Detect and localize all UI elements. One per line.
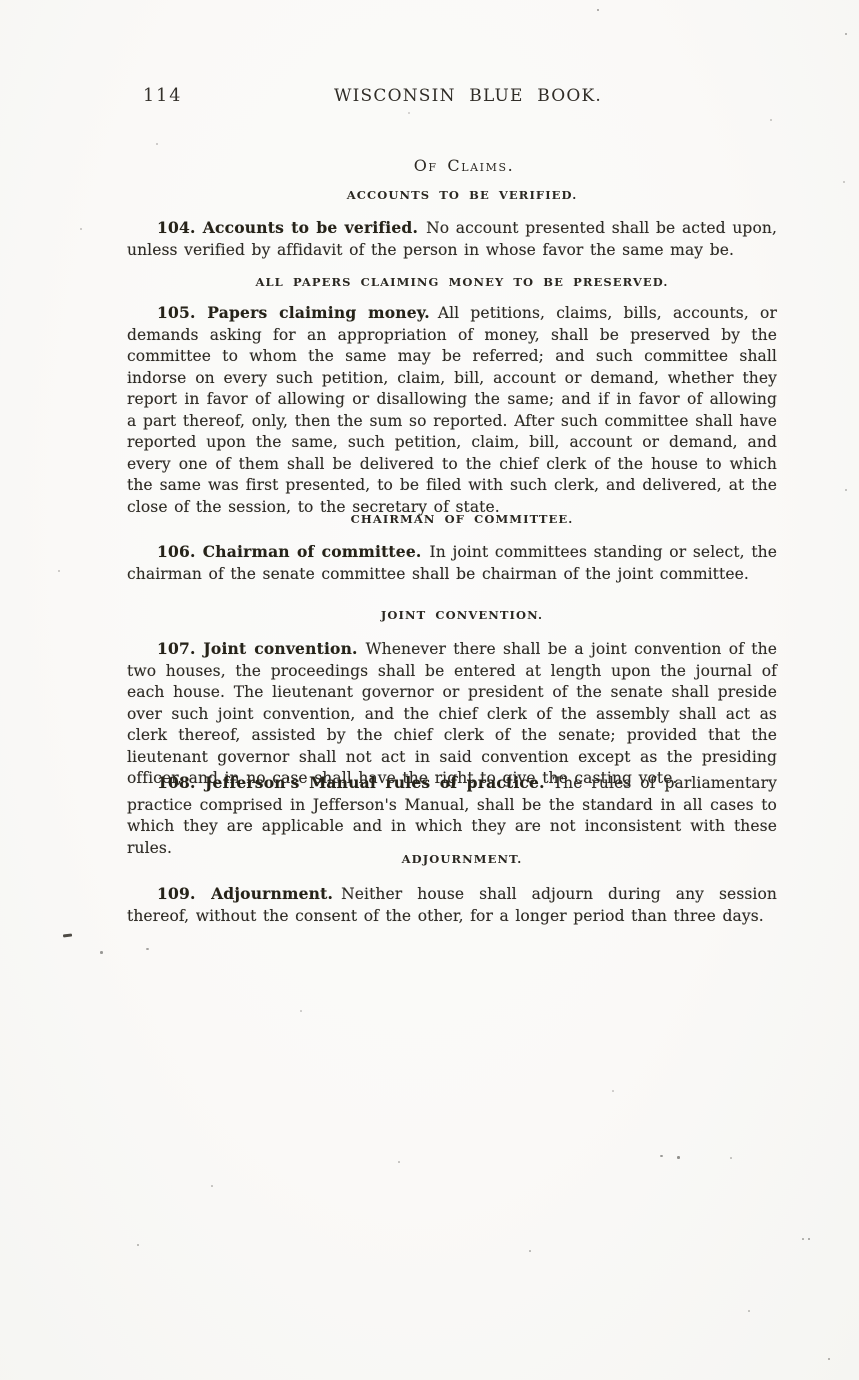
section-heading-chairman: CHAIRMAN OF COMMITTEE. [137,512,787,526]
margin-dash-mark [63,933,72,937]
scan-speck [156,143,158,145]
statute-lead: 109. Adjournment. [157,884,333,903]
scan-speck [80,228,82,230]
scan-speck [677,1156,680,1159]
statute-lead: 106. Chairman of committee. [157,542,422,561]
text-column: 114 WISCONSIN BLUE BOOK. Of Claims. ACCO… [127,0,777,1380]
chapter-heading: Of Claims. [139,156,789,175]
scan-speck [802,1238,804,1240]
running-header: 114 WISCONSIN BLUE BOOK. [127,86,777,110]
scan-speck [660,1155,663,1157]
statute-paragraph-104: 104. Accounts to be verified.No account … [127,217,777,261]
scan-speck [408,112,410,114]
statute-text: Whenever there shall be a joint conventi… [127,640,777,787]
statute-paragraph-107: 107. Joint convention.Whenever there sha… [127,638,777,790]
scan-speck [770,119,772,121]
scan-speck [398,1161,400,1163]
scan-speck [845,33,847,35]
section-heading-papers: ALL PAPERS CLAIMING MONEY TO BE PRESERVE… [137,275,787,289]
scan-speck [300,1010,302,1012]
scan-speck [845,489,847,491]
scan-speck [730,1157,732,1159]
statute-lead: 104. Accounts to be verified. [157,218,418,237]
scan-speck [146,948,149,950]
statute-text: All petitions, claims, bills, accounts, … [127,304,777,516]
section-heading-adjournment: ADJOURNMENT. [137,852,787,866]
scan-speck [597,9,599,11]
running-title: WISCONSIN BLUE BOOK. [143,86,793,106]
statute-lead: 108. Jefferson's Manual rules of practic… [157,773,545,792]
scan-speck [828,1358,830,1360]
section-heading-accounts: ACCOUNTS TO BE VERIFIED. [137,188,787,202]
scan-speck [612,1090,614,1092]
scan-speck [58,570,60,572]
section-heading-joint-convention: JOINT CONVENTION. [137,608,787,622]
scan-speck [808,1238,810,1240]
scan-speck [137,1244,139,1246]
statute-paragraph-108: 108. Jefferson's Manual rules of practic… [127,772,777,859]
scan-speck [843,181,845,183]
scan-speck [748,1310,750,1312]
statute-paragraph-109: 109. Adjournment.Neither house shall adj… [127,883,777,927]
statute-paragraph-105: 105. Papers claiming money.All petitions… [127,302,777,518]
scan-speck [100,951,103,954]
statute-lead: 105. Papers claiming money. [157,303,430,322]
scanned-book-page: 114 WISCONSIN BLUE BOOK. Of Claims. ACCO… [0,0,859,1380]
statute-lead: 107. Joint convention. [157,639,358,658]
scan-speck [211,1185,213,1187]
statute-paragraph-106: 106. Chairman of committee.In joint comm… [127,541,777,585]
scan-speck [529,1250,531,1252]
